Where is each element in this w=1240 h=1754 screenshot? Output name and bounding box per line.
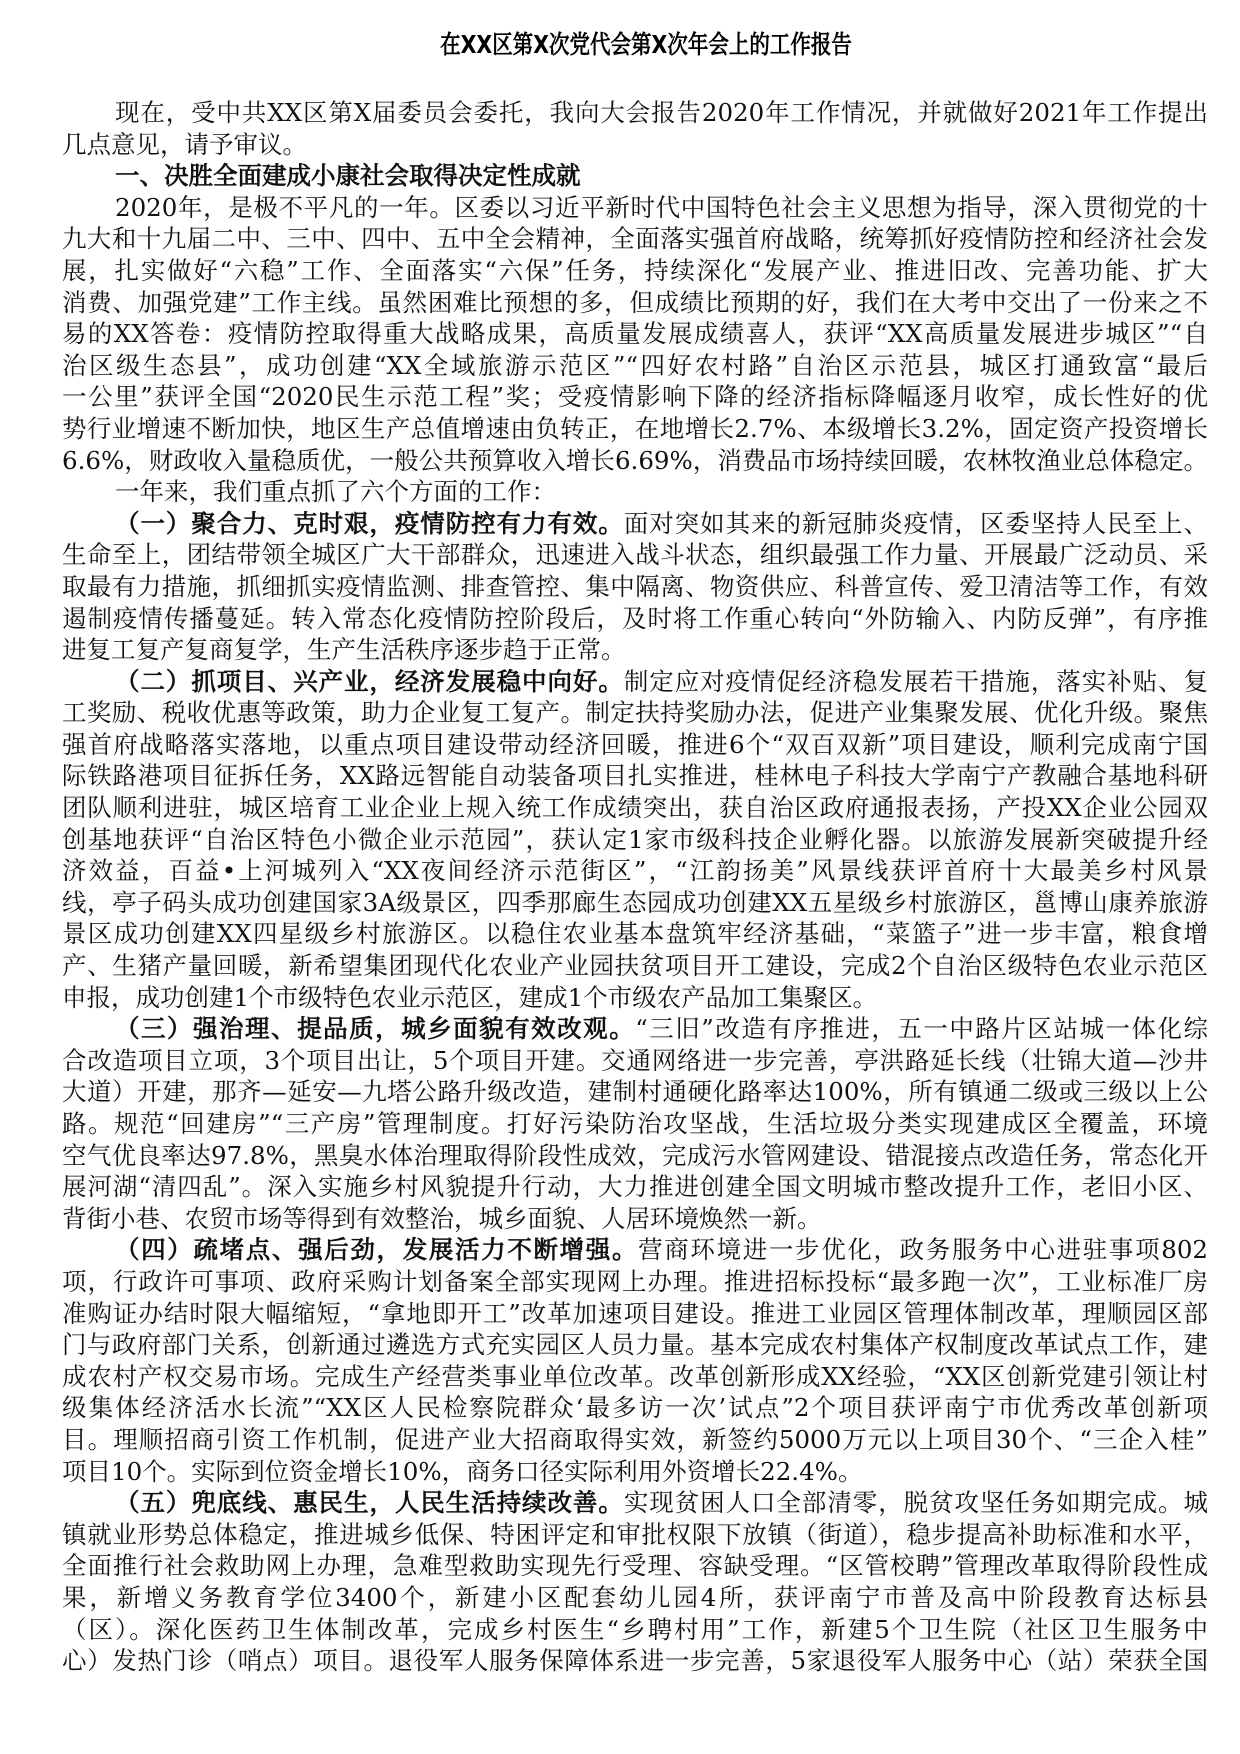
text-line: （四）疏堵点、强后劲，发展活力不断增强。营商环境进一步优化，政务服务中心进驻事项…	[62, 1234, 1208, 1266]
item-lead: （五）兜底线、惠民生，人民生活持续改善。	[115, 1488, 624, 1517]
text-line: 生命至上，团结带领全城区广大干部群众，迅速进入战斗状态，组织最强工作力量、开展最…	[62, 539, 1208, 571]
item-lead: （四）疏堵点、强后劲，发展活力不断增强。	[115, 1235, 638, 1264]
text-line: 取最有力措施，抓细抓实疫情监测、排查管控、集中隔离、物资供应、科普宣传、爱卫清洁…	[62, 571, 1208, 603]
text-line: 门与政府部门关系，创新通过遴选方式充实园区人员力量。基本完成农村集体产权制度改革…	[62, 1329, 1208, 1361]
text-line: 产、生猪产量回暖，新希望集团现代化农业产业园扶贫项目开工建设，完成2个自治区级特…	[62, 950, 1208, 982]
text-line: 展，扎实做好“六稳”工作、全面落实“六保”任务，持续深化“发展产业、推进旧改、完…	[62, 255, 1208, 287]
text-fragment: 制定应对疫情促经济稳发展若干措施，落实补贴、复	[624, 667, 1208, 696]
text-line: 展河湖“清四乱”。深入实施乡村风貌提升行动，大力推进创建全国文明城市整改提升工作…	[62, 1171, 1208, 1203]
text-line: 成农村产权交易市场。完成生产经营类事业单位改革。改革创新形成XX经验，“XX区创…	[62, 1361, 1208, 1393]
text-fragment: 营商环境进一步优化，政务服务中心进驻事项802	[638, 1235, 1208, 1264]
text-line: 团队顺利进驻，城区培育工业企业上规入统工作成绩突出，获自治区政府通报表扬，产投X…	[62, 792, 1208, 824]
document-page: 在XX区第X次党代会第X次年会上的工作报告 现在，受中共XX区第X届委员会委托，…	[0, 0, 1240, 1754]
item-lead: （一）聚合力、克时艰，疫情防控有力有效。	[115, 509, 624, 538]
text-line: 全面推行社会救助网上办理，急难型救助实现先行受理、容缺受理。“区管校聘”管理改革…	[62, 1550, 1208, 1582]
text-line: 合改造项目立项，3个项目出让，5个项目开建。交通网络进一步完善，亭洪路延长线（壮…	[62, 1045, 1208, 1077]
text-line: 级集体经济活水长流”“XX区人民检察院群众‘最多访一次’试点”2个项目获评南宁市…	[62, 1392, 1208, 1424]
text-line: 果，新增义务教育学位3400个，新建小区配套幼儿园4所，获评南宁市普及高中阶段教…	[62, 1582, 1208, 1614]
text-line: 心）发热门诊（哨点）项目。退役军人服务保障体系进一步完善，5家退役军人服务中心（…	[62, 1645, 1208, 1677]
text-line: 几点意见，请予审议。	[62, 129, 1208, 161]
text-line: 景区成功创建XX四星级乡村旅游区。以稳住农业基本盘筑牢经济基础，“菜篮子”进一步…	[62, 918, 1208, 950]
text-line: （区）。深化医药卫生体制改革，完成乡村医生“乡聘村用”工作，新建5个卫生院（社区…	[62, 1614, 1208, 1646]
text-line: 势行业增速不断加快，地区生产总值增速由负转正，在地增长2.7%、本级增长3.2%…	[62, 413, 1208, 445]
text-fragment: 面对突如其来的新冠肺炎疫情，区委坚持人民至上、	[624, 509, 1208, 538]
text-line: 准购证办结时限大幅缩短，“拿地即开工”改革加速项目建设。推进工业园区管理体制改革…	[62, 1298, 1208, 1330]
text-line: 消费、加强党建”工作主线。虽然困难比预想的多，但成绩比预期的好，我们在大考中交出…	[62, 287, 1208, 319]
text-line: 路。规范“回建房”“三产房”管理制度。打好污染防治攻坚战，生活垃圾分类实现建成区…	[62, 1108, 1208, 1140]
text-line: 空气优良率达97.8%，黑臭水体治理取得阶段性成效，完成污水管网建设、错混接点改…	[62, 1140, 1208, 1172]
paragraph-item-4: （四）疏堵点、强后劲，发展活力不断增强。营商环境进一步优化，政务服务中心进驻事项…	[62, 1234, 1208, 1487]
text-fragment: “三旧”改造有序推进，五一中路片区站城一体化综	[635, 1014, 1208, 1043]
document-body: 现在，受中共XX区第X届委员会委托，我向大会报告2020年工作情况，并就做好20…	[62, 97, 1208, 1677]
text-line: （三）强治理、提品质，城乡面貌有效改观。“三旧”改造有序推进，五一中路片区站城一…	[62, 1013, 1208, 1045]
text-line: 申报，成功创建1个市级特色农业示范区，建成1个市级农产品加工集聚区。	[62, 982, 1208, 1014]
text-line: 创基地获评“自治区特色小微企业示范园”，获认定1家市级科技企业孵化器。以旅游发展…	[62, 824, 1208, 856]
text-line: 九大和十九届二中、三中、四中、五中全会精神，全面落实强首府战略，统筹抓好疫情防控…	[62, 223, 1208, 255]
text-line: 现在，受中共XX区第X届委员会委托，我向大会报告2020年工作情况，并就做好20…	[62, 97, 1208, 129]
text-line: 目。理顺招商引资工作机制，促进产业大招商取得实效，新签约5000万元以上项目30…	[62, 1424, 1208, 1456]
text-line: 际铁路港项目征拆任务，XX路远智能自动装备项目扎实推进，桂林电子科技大学南宁产教…	[62, 760, 1208, 792]
paragraph-item-5: （五）兜底线、惠民生，人民生活持续改善。实现贫困人口全部清零，脱贫攻坚任务如期完…	[62, 1487, 1208, 1677]
text-fragment: 实现贫困人口全部清零，脱贫攻坚任务如期完成。城	[624, 1488, 1208, 1517]
text-line: 济效益，百益•上河城列入“XX夜间经济示范街区”，“江韵扬美”风景线获评首府十大…	[62, 855, 1208, 887]
text-line: （一）聚合力、克时艰，疫情防控有力有效。面对突如其来的新冠肺炎疫情，区委坚持人民…	[62, 508, 1208, 540]
text-line: 项目10个。实际到位资金增长10%，商务口径实际利用外资增长22.4%。	[62, 1456, 1208, 1488]
paragraph-overview: 2020年，是极不平凡的一年。区委以习近平新时代中国特色社会主义思想为指导，深入…	[62, 192, 1208, 476]
paragraph-item-1: （一）聚合力、克时艰，疫情防控有力有效。面对突如其来的新冠肺炎疫情，区委坚持人民…	[62, 508, 1208, 666]
text-line: 镇就业形势总体稳定，推进城乡低保、特困评定和审批权限下放镇（街道），稳步提高补助…	[62, 1519, 1208, 1551]
text-line: 易的XX答卷：疫情防控取得重大战略成果，高质量发展成绩喜人，获评“XX高质量发展…	[62, 318, 1208, 350]
text-line: （五）兜底线、惠民生，人民生活持续改善。实现贫困人口全部清零，脱贫攻坚任务如期完…	[62, 1487, 1208, 1519]
text-line: 项，行政许可事项、政府采购计划备案全部实现网上办理。推进招标投标“最多跑一次”，…	[62, 1266, 1208, 1298]
text-line: 大道）开建，那齐—延安—九塔公路升级改造，建制村通硬化路率达100%，所有镇通二…	[62, 1076, 1208, 1108]
text-line: 背街小巷、农贸市场等得到有效整治，城乡面貌、人居环境焕然一新。	[62, 1203, 1208, 1235]
section-heading: 一、决胜全面建成小康社会取得决定性成就	[62, 160, 1208, 192]
item-lead: （三）强治理、提品质，城乡面貌有效改观。	[115, 1014, 635, 1043]
paragraph-intro: 现在，受中共XX区第X届委员会委托，我向大会报告2020年工作情况，并就做好20…	[62, 97, 1208, 160]
text-line: 治区级生态县”，成功创建“XX全域旅游示范区”“四好农村路”自治区示范县，城区打…	[62, 350, 1208, 382]
item-lead: （二）抓项目、兴产业，经济发展稳中向好。	[115, 667, 624, 696]
text-line: 一公里”获评全国“2020民生示范工程”奖；受疫情影响下降的经济指标降幅逐月收窄…	[62, 381, 1208, 413]
text-line: 一年来，我们重点抓了六个方面的工作：	[62, 476, 1208, 508]
text-line: （二）抓项目、兴产业，经济发展稳中向好。制定应对疫情促经济稳发展若干措施，落实补…	[62, 666, 1208, 698]
document-title: 在XX区第X次党代会第X次年会上的工作报告	[176, 28, 1116, 62]
paragraph-item-2: （二）抓项目、兴产业，经济发展稳中向好。制定应对疫情促经济稳发展若干措施，落实补…	[62, 666, 1208, 1014]
section-heading-text: 一、决胜全面建成小康社会取得决定性成就	[62, 160, 1208, 192]
text-line: 2020年，是极不平凡的一年。区委以习近平新时代中国特色社会主义思想为指导，深入…	[62, 192, 1208, 224]
text-line: 强首府战略落实落地，以重点项目建设带动经济回暖，推进6个“双百双新”项目建设，顺…	[62, 729, 1208, 761]
text-line: 线，亭子码头成功创建国家3A级景区，四季那廊生态园成功创建XX五星级乡村旅游区，…	[62, 887, 1208, 919]
text-line: 工奖励、税收优惠等政策，助力企业复工复产。制定扶持奖励办法，促进产业集聚发展、优…	[62, 697, 1208, 729]
text-line: 6.6%，财政收入量稳质优，一般公共预算收入增长6.69%，消费品市场持续回暖，…	[62, 445, 1208, 477]
text-line: 遏制疫情传播蔓延。转入常态化疫情防控阶段后，及时将工作重心转向“外防输入、内防反…	[62, 603, 1208, 635]
paragraph-year-summary: 一年来，我们重点抓了六个方面的工作：	[62, 476, 1208, 508]
paragraph-item-3: （三）强治理、提品质，城乡面貌有效改观。“三旧”改造有序推进，五一中路片区站城一…	[62, 1013, 1208, 1234]
text-line: 进复工复产复商复学，生产生活秩序逐步趋于正常。	[62, 634, 1208, 666]
